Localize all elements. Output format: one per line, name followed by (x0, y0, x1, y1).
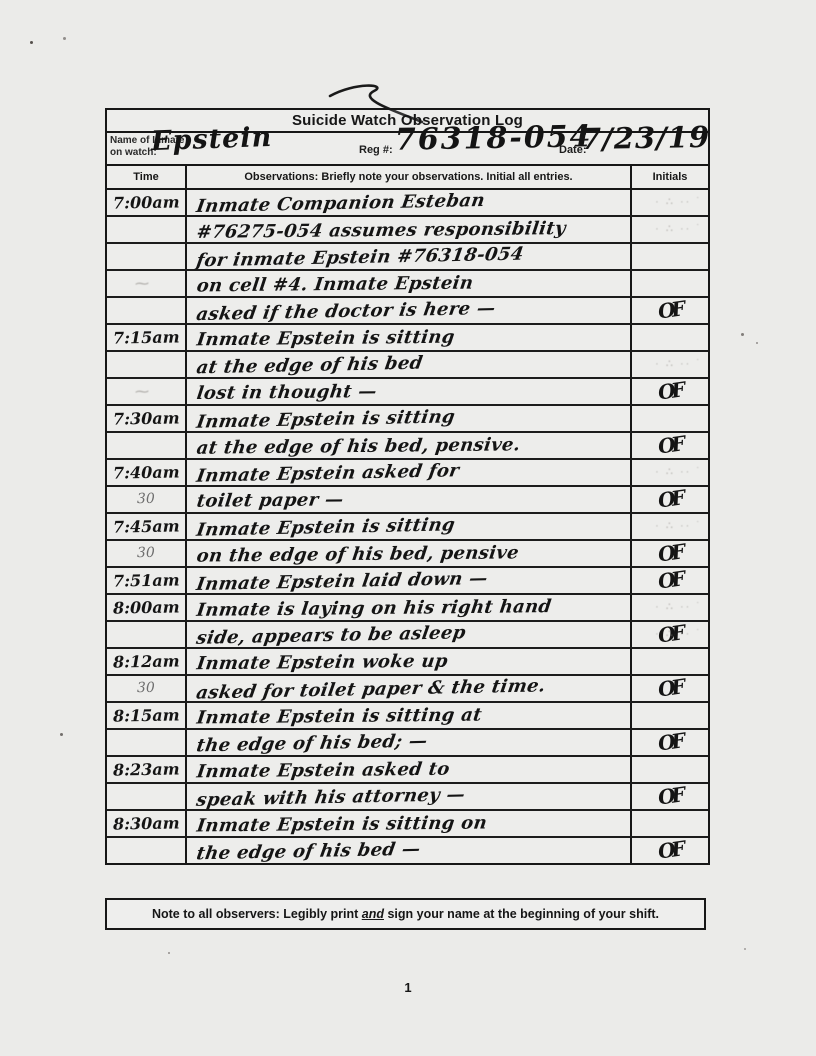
note-prefix: Note to all observers: Legibly print (152, 907, 362, 921)
reg-number-label: Reg #: (359, 144, 393, 156)
scan-speck (741, 333, 744, 336)
observation-cell: Inmate Epstein is sitting (187, 325, 632, 350)
time-handwritten: 8:12am (112, 648, 179, 674)
observation-cell: the edge of his bed — (187, 838, 632, 863)
observation-handwritten: Inmate Companion Esteban (194, 187, 487, 220)
time-handwritten: 8:23am (112, 756, 179, 782)
time-cell: 7:15am (107, 325, 187, 350)
column-header-initials: Initials (632, 166, 708, 188)
observation-handwritten: Inmate Epstein is sitting on (195, 809, 489, 839)
observation-cell: lost in thought — (187, 379, 632, 404)
initials-cell (632, 406, 708, 431)
initials-cell (632, 460, 708, 485)
observation-cell: toilet paper — (187, 487, 632, 512)
scan-speck (168, 952, 170, 954)
initials-signature: OF (657, 728, 684, 755)
observation-cell: the edge of his bed; — (187, 730, 632, 755)
scan-speck (30, 41, 33, 44)
time-cell: 8:12am (107, 649, 187, 674)
table-row: the edge of his bed; —OF (107, 730, 708, 757)
table-row: at the edge of his bed, pensive.OF (107, 433, 708, 460)
time-handwritten: 7:45am (112, 513, 179, 539)
column-header-observations: Observations: Briefly note your observat… (187, 166, 632, 188)
time-cell (107, 352, 187, 377)
time-handwritten: 30 (137, 487, 155, 512)
initials-signature: OF (657, 566, 684, 593)
inmate-name-handwritten: Epstein (150, 122, 272, 157)
table-row: 7:45amInmate Epstein is sitting (107, 514, 708, 541)
observation-handwritten: Inmate Epstein asked to (195, 756, 451, 786)
scan-speck (744, 948, 746, 950)
initials-cell (632, 190, 708, 215)
table-row: for inmate Epstein #76318-054 (107, 244, 708, 271)
observation-cell: at the edge of his bed, pensive. (187, 433, 632, 458)
initials-cell (632, 703, 708, 728)
time-handwritten: 8:00am (112, 594, 179, 620)
table-row: speak with his attorney —OF (107, 784, 708, 811)
time-handwritten: 7:00am (112, 189, 179, 215)
initials-cell (632, 325, 708, 350)
observation-cell: side, appears to be asleep (187, 622, 632, 647)
scan-speck (60, 733, 63, 736)
initials-cell (632, 514, 708, 539)
initials-cell: OF (632, 622, 708, 647)
time-cell: 7:51am (107, 568, 187, 593)
time-cell (107, 838, 187, 863)
initials-cell (632, 595, 708, 620)
initials-signature: OF (657, 485, 684, 512)
initials-cell (632, 271, 708, 296)
time-handwritten: 7:40am (112, 459, 179, 485)
observation-cell: Inmate Epstein asked to (187, 757, 632, 782)
observation-handwritten: the edge of his bed — (195, 836, 423, 868)
table-row: 8:23amInmate Epstein asked to (107, 757, 708, 784)
initials-cell: OF (632, 433, 708, 458)
observation-handwritten: Inmate Epstein is sitting at (195, 702, 484, 732)
time-cell: 7:45am (107, 514, 187, 539)
observation-log-form: Suicide Watch Observation Log Name of In… (105, 108, 710, 865)
time-cell: 7:00am (107, 190, 187, 215)
column-header-time: Time (107, 166, 187, 188)
initials-signature: OF (657, 782, 684, 809)
observation-handwritten: the edge of his bed; — (195, 728, 430, 760)
note-emphasis: and (362, 907, 384, 921)
time-cell (107, 730, 187, 755)
table-row: lost in thought —OF (107, 379, 708, 406)
observer-note-box: Note to all observers: Legibly print and… (105, 898, 706, 930)
time-handwritten: 7:51am (112, 567, 179, 593)
observation-cell: speak with his attorney — (187, 784, 632, 809)
observation-cell: Inmate Epstein is sitting (187, 406, 632, 431)
observation-cell: Inmate Epstein woke up (187, 649, 632, 674)
table-row: on cell #4. Inmate Epstein (107, 271, 708, 298)
date-handwritten: 7/23/19 (581, 120, 711, 156)
initials-cell: OF (632, 568, 708, 593)
table-row: 7:15amInmate Epstein is sitting (107, 325, 708, 352)
observation-handwritten: toilet paper — (195, 486, 345, 515)
table-row: 7:30amInmate Epstein is sitting (107, 406, 708, 433)
table-row: the edge of his bed —OF (107, 838, 708, 863)
initials-cell (632, 217, 708, 242)
table-row: 7:00amInmate Companion Esteban (107, 190, 708, 217)
time-cell (107, 217, 187, 242)
observation-cell: on the edge of his bed, pensive (187, 541, 632, 566)
time-handwritten: 8:15am (112, 702, 179, 728)
time-handwritten: 30 (137, 541, 155, 566)
observation-handwritten: side, appears to be asleep (194, 619, 467, 652)
initials-signature: OF (657, 539, 684, 566)
initials-signature: OF (657, 620, 684, 647)
initials-cell (632, 244, 708, 269)
time-handwritten: 30 (137, 676, 155, 701)
time-handwritten: 7:15am (112, 324, 179, 350)
table-row: 30asked for toilet paper & the time.OF (107, 676, 708, 703)
initials-cell: OF (632, 784, 708, 809)
time-cell: 7:30am (107, 406, 187, 431)
time-cell: 30 (107, 487, 187, 512)
time-cell (107, 784, 187, 809)
time-cell (107, 271, 187, 296)
initials-cell: OF (632, 298, 708, 323)
observation-handwritten: at the edge of his bed, pensive. (195, 431, 522, 461)
initials-signature: OF (657, 431, 684, 458)
table-row: #76275-054 assumes responsibility (107, 217, 708, 244)
observation-cell: asked if the doctor is here — (187, 298, 632, 323)
time-handwritten: 7:30am (112, 405, 179, 431)
table-row: 30toilet paper —OF (107, 487, 708, 514)
observation-cell: Inmate Companion Esteban (187, 190, 632, 215)
initials-cell: OF (632, 730, 708, 755)
observation-handwritten: Inmate Epstein asked for (194, 457, 461, 489)
time-cell (107, 298, 187, 323)
time-cell (107, 622, 187, 647)
table-row: side, appears to be asleepOF (107, 622, 708, 649)
table-row: 8:00amInmate is laying on his right hand (107, 595, 708, 622)
initials-signature: OF (657, 377, 684, 404)
time-cell (107, 244, 187, 269)
time-cell: 8:00am (107, 595, 187, 620)
initials-cell: OF (632, 838, 708, 863)
time-cell: 8:30am (107, 811, 187, 836)
time-cell (107, 379, 187, 404)
observation-handwritten: Inmate Epstein laid down — (194, 565, 489, 598)
initials-cell (632, 811, 708, 836)
time-cell: 30 (107, 541, 187, 566)
time-cell: 30 (107, 676, 187, 701)
observation-handwritten: Inmate Epstein is sitting (194, 403, 457, 435)
page-number: 1 (0, 980, 816, 995)
initials-cell (632, 352, 708, 377)
note-suffix: sign your name at the beginning of your … (384, 907, 659, 921)
observation-cell: Inmate Epstein asked for (187, 460, 632, 485)
observation-cell: at the edge of his bed (187, 352, 632, 377)
table-row: 8:15amInmate Epstein is sitting at (107, 703, 708, 730)
initials-cell: OF (632, 379, 708, 404)
table-row: 7:40amInmate Epstein asked for (107, 460, 708, 487)
observation-cell: on cell #4. Inmate Epstein (187, 271, 632, 296)
observation-handwritten: asked for toilet paper & the time. (194, 672, 547, 706)
observation-handwritten: for inmate Epstein #76318-054 (194, 241, 525, 275)
observation-handwritten: Inmate is laying on his right hand (195, 593, 553, 624)
observation-handwritten: on cell #4. Inmate Epstein (195, 270, 475, 300)
table-row: 8:12amInmate Epstein woke up (107, 649, 708, 676)
initials-cell (632, 757, 708, 782)
initials-cell: OF (632, 487, 708, 512)
observation-handwritten: lost in thought — (195, 378, 378, 407)
inmate-info-row: Name of Inmate on watch: Epstein Reg #: … (107, 133, 708, 166)
observation-cell: Inmate Epstein is sitting on (187, 811, 632, 836)
table-row: 7:51amInmate Epstein laid down —OF (107, 568, 708, 595)
scanned-page: { "form": { "title": "Suicide Watch Obse… (0, 0, 816, 1056)
observation-cell: Inmate Epstein is sitting at (187, 703, 632, 728)
observation-handwritten: Inmate Epstein is sitting (194, 511, 457, 543)
time-cell: 8:15am (107, 703, 187, 728)
observation-cell: for inmate Epstein #76318-054 (187, 244, 632, 269)
initials-cell: OF (632, 676, 708, 701)
observation-handwritten: at the edge of his bed (195, 350, 425, 382)
observation-cell: Inmate Epstein is sitting (187, 514, 632, 539)
initials-cell: OF (632, 541, 708, 566)
table-row: 30on the edge of his bed, pensiveOF (107, 541, 708, 568)
scan-speck (63, 37, 66, 40)
observation-cell: Inmate Epstein laid down — (187, 568, 632, 593)
initials-cell (632, 649, 708, 674)
observation-cell: Inmate is laying on his right hand (187, 595, 632, 620)
initials-signature: OF (657, 674, 684, 701)
observation-handwritten: Inmate Epstein woke up (195, 648, 449, 678)
time-cell: 7:40am (107, 460, 187, 485)
table-row: at the edge of his bed (107, 352, 708, 379)
table-row: asked if the doctor is here —OF (107, 298, 708, 325)
scan-speck (756, 342, 758, 344)
time-cell (107, 433, 187, 458)
time-handwritten: 8:30am (112, 810, 179, 836)
table-row: 8:30amInmate Epstein is sitting on (107, 811, 708, 838)
log-rows: 7:00amInmate Companion Esteban#76275-054… (107, 190, 708, 863)
table-column-headers: Time Observations: Briefly note your obs… (107, 166, 708, 190)
observation-handwritten: speak with his attorney — (194, 781, 467, 814)
observation-cell: #76275-054 assumes responsibility (187, 217, 632, 242)
initials-signature: OF (657, 296, 684, 323)
initials-signature: OF (657, 836, 684, 863)
observation-cell: asked for toilet paper & the time. (187, 676, 632, 701)
time-cell: 8:23am (107, 757, 187, 782)
